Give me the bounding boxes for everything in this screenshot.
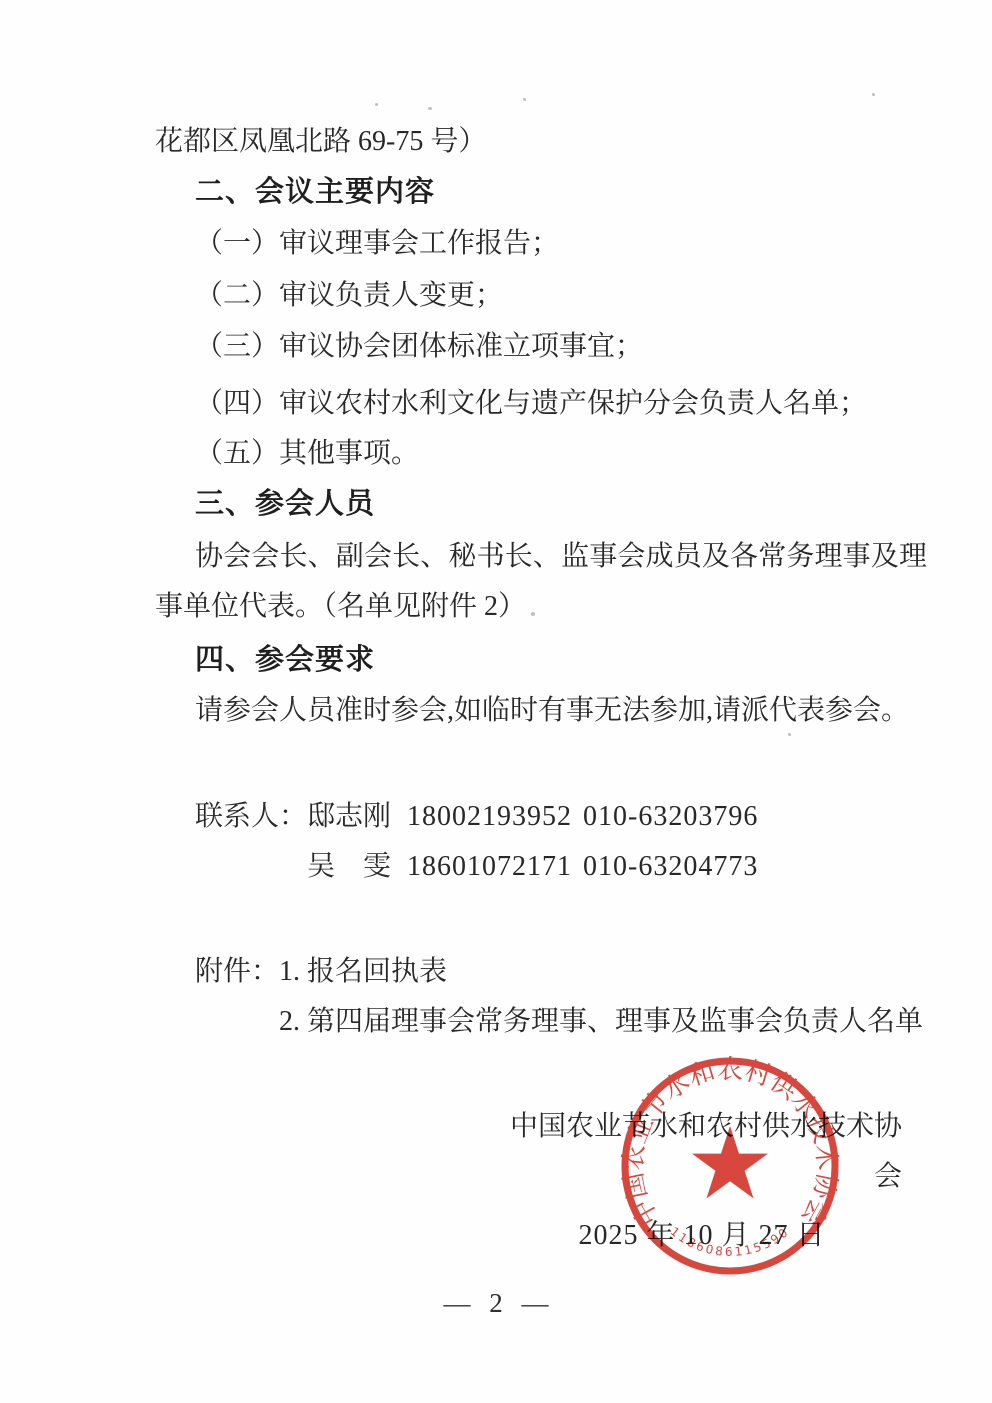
seal-graphic: 中国农业节水和农村供水技术协会 1186086115590 — [610, 1046, 850, 1286]
participants-paragraph: 协会会长、副会长、秘书长、监事会成员及各常务理事及理事单位代表。（名单见附件 2… — [155, 532, 927, 632]
attachment-item: 1. 报名回执表 — [279, 956, 447, 987]
agenda-item: （五）其他事项。 — [155, 429, 927, 479]
scan-speck — [531, 612, 535, 616]
agenda-item: （三）审议协会团体标准立项事宜； — [155, 322, 927, 372]
contacts-block: 联系人： 邸志刚 18002193952 010-63203796 吴 雯 18… — [155, 792, 927, 892]
agenda-item: （四）审议农村水利文化与遗产保护分会负责人名单； — [155, 379, 927, 429]
contact-mobile: 18002193952 — [407, 792, 583, 842]
official-seal-stamp: 中国农业节水和农村供水技术协会 1186086115590 — [610, 1046, 850, 1286]
contact-mobile: 18601072171 — [407, 842, 583, 892]
scan-speck — [375, 103, 378, 106]
page-number-footer: — 2 — — [0, 1288, 992, 1318]
contacts-label-spacer — [195, 842, 307, 892]
agenda-item: （一）审议理事会工作报告； — [155, 219, 927, 269]
section-heading-requirements: 四、参会要求 — [155, 635, 927, 685]
requirements-paragraph: 请参会人员准时参会,如临时有事无法参加,请派代表参会。 — [155, 686, 927, 736]
attachments-block: 附件：1. 报名回执表 2. 第四届理事会常务理事、理事及监事会负责人名单 — [155, 947, 927, 1047]
contact-row: 吴 雯 18601072171 010-63204773 — [155, 842, 927, 892]
contact-row: 联系人： 邸志刚 18002193952 010-63203796 — [155, 792, 927, 842]
seal-code-text: 1186086115590 — [668, 1224, 793, 1259]
contact-name: 邸志刚 — [307, 792, 407, 842]
scanned-document-page: 花都区凤凰北路 69-75 号） 二、会议主要内容 （一）审议理事会工作报告； … — [0, 0, 992, 1403]
attachments-label: 附件： — [195, 947, 279, 997]
section-heading-meeting-content: 二、会议主要内容 — [155, 167, 927, 217]
scan-speck — [788, 733, 791, 736]
contact-landline: 010-63203796 — [583, 792, 758, 842]
contacts-label: 联系人： — [195, 792, 307, 842]
address-continuation-line: 花都区凤凰北路 69-75 号） — [155, 117, 927, 167]
seal-star-icon — [692, 1126, 768, 1198]
contact-landline: 010-63204773 — [583, 842, 758, 892]
attachment-line: 附件：1. 报名回执表 — [155, 947, 927, 997]
scan-speck — [428, 107, 432, 110]
contact-name: 吴 雯 — [307, 842, 407, 892]
section-heading-participants: 三、参会人员 — [155, 479, 927, 529]
scan-speck — [872, 93, 875, 96]
scan-speck — [523, 98, 526, 101]
attachment-line: 2. 第四届理事会常务理事、理事及监事会负责人名单 — [155, 997, 927, 1047]
agenda-item: （二）审议负责人变更； — [155, 271, 927, 321]
attachment-item: 2. 第四届理事会常务理事、理事及监事会负责人名单 — [279, 1006, 923, 1037]
